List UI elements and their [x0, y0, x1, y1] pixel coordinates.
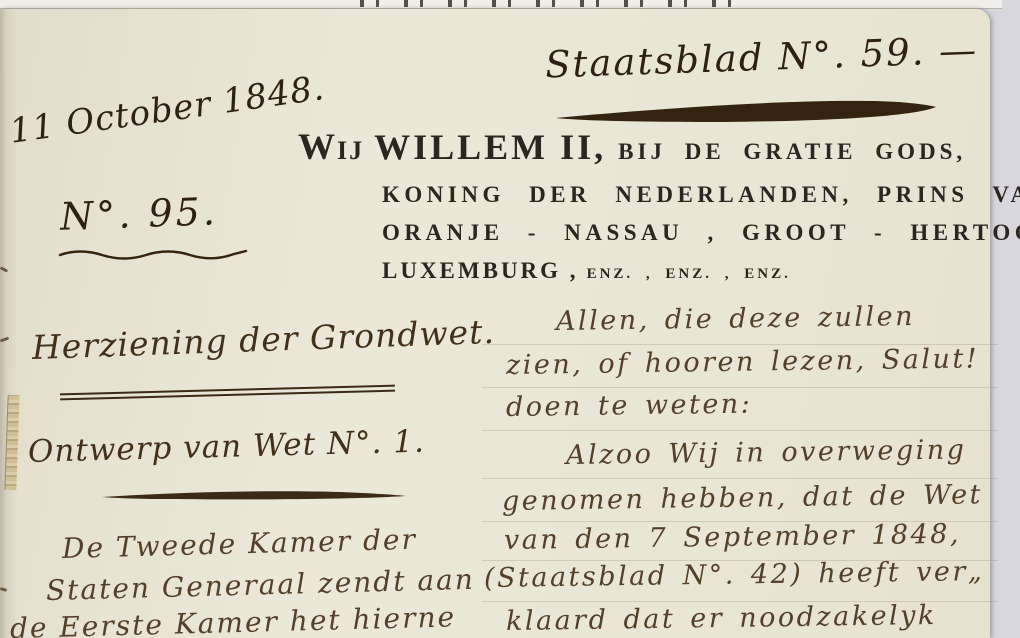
- letterhead-line-4: LUXEMBURG ,ENZ. , ENZ. , ENZ.: [382, 258, 914, 284]
- letterhead-gratie: BIJ DE GRATIE GODS,: [618, 139, 966, 164]
- scanned-document: Staatsblad N°. 59. — 11 October 1848. N°…: [0, 0, 1020, 638]
- letterhead-king-name: WILLEM II,: [374, 127, 606, 167]
- pen-swash-underline: [552, 92, 942, 126]
- letterhead-wij: Wij: [298, 127, 364, 168]
- pencil-guide-line: [482, 430, 998, 431]
- right-body-line: doen te weten:: [506, 389, 753, 423]
- right-body-line: klaard dat er noodzakelyk: [506, 600, 937, 637]
- right-body-line: Allen, die deze zullen: [556, 301, 915, 337]
- letterhead-enz: ENZ. , ENZ. , ENZ.: [587, 266, 791, 282]
- cropped-text-fragments: [350, 0, 740, 7]
- letterhead-line-2: KONING DER NEDERLANDEN, PRINS VAN: [382, 182, 914, 208]
- dossier-number: N°. 95.: [59, 189, 218, 238]
- right-body-line: Alzoo Wij in overweging: [566, 434, 967, 471]
- wavy-flourish-underline: [58, 246, 248, 262]
- letterhead-luxemburg: LUXEMBURG ,: [382, 258, 579, 283]
- pencil-guide-line: [482, 478, 998, 479]
- previous-page-edge: [0, 0, 1002, 9]
- letterhead-line-3: ORANJE - NASSAU , GROOT - HERTOG VAN: [382, 220, 914, 246]
- letterhead-line-1: WijWILLEM II,BIJ DE GRATIE GODS,: [298, 126, 914, 169]
- right-body-line: zien, of hooren lezen, Salut!: [506, 343, 980, 381]
- page-bound-edge: [0, 9, 17, 638]
- taper-underline: [100, 488, 410, 502]
- right-body-line: van den 7 September 1848,: [504, 519, 961, 556]
- royal-letterhead: WijWILLEM II,BIJ DE GRATIE GODS, KONING …: [298, 126, 914, 284]
